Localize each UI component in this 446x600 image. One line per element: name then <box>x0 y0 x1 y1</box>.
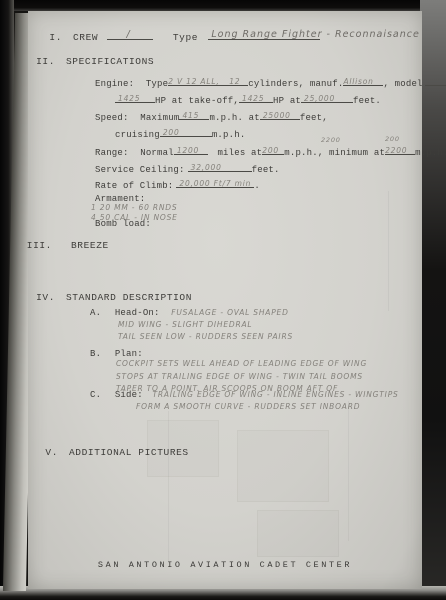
section-standard-description: IV.STANDARD DESCRIPTION <box>29 292 192 303</box>
engine-label: Engine: <box>95 79 134 89</box>
range-normal-blank: 1200 <box>174 145 208 155</box>
bomb-load-line: Bomb load: <box>95 219 151 229</box>
speed-label: Speed: <box>95 113 129 123</box>
engine-model-blank <box>425 76 446 86</box>
section-crew: I.CREW / Type Long Range Fighter - Recon… <box>36 30 320 43</box>
engine-cyl-blank: 12 <box>226 76 248 86</box>
bomb-load-label: Bomb load: <box>95 219 151 229</box>
range-correction-left: 2200 <box>321 136 341 144</box>
section-specifications: II.SPECIFICATIONS <box>29 56 154 67</box>
engine-type-value: 2 V 12 ALL, <box>168 77 219 86</box>
bleed-through-box <box>238 431 328 501</box>
speed-feet-label: feet, <box>300 113 328 123</box>
side-entry-2: FORM A SMOOTH CURVE - RUDDERS SET INBOAR… <box>136 402 360 411</box>
engine-type-blank: 2 V 12 ALL, <box>168 76 226 86</box>
hp-takeoff-label: HP at take-off, <box>155 96 239 106</box>
engine-line-2: 1425HP at take-off,1425HP at25,000feet. <box>115 93 381 106</box>
section-title: SPECIFICATIONS <box>66 56 154 67</box>
side-line: C. Side: TRAILING EDGE OF WING - INLINE … <box>90 390 399 400</box>
plan-letter: B. <box>90 349 101 359</box>
type-label: Type <box>173 32 198 43</box>
alt-blank: 25,000 <box>301 93 353 103</box>
rate-of-climb-value: 20,000 Ft/7 min <box>179 179 251 188</box>
section-additional-pictures: V.ADDITIONAL PICTURES <box>32 447 189 458</box>
rate-of-climb-period: . <box>254 181 260 191</box>
plan-entry-1: COCKPIT SETS WELL AHEAD OF LEADING EDGE … <box>116 359 367 368</box>
bleed-through-line <box>168 411 169 561</box>
head-on-entry-1: FUSALAGE - OVAL SHAPED <box>171 308 288 317</box>
range-miles-at-label: miles at <box>217 148 262 158</box>
range-speed-blank: 200 <box>262 145 284 155</box>
range-normal-label: Normal <box>140 148 174 158</box>
head-on-label: Head-On: <box>115 308 160 318</box>
plan-entry-2: STOPS AT TRAILING EDGE OF WING - TWIN TA… <box>116 372 363 381</box>
section-numeral: III. <box>26 240 52 251</box>
crew-blank: / <box>107 30 153 40</box>
engine-cyl-value: 12 <box>229 77 240 86</box>
engine-manuf-blank: Allison <box>343 76 383 86</box>
photo-edge-top <box>0 0 446 11</box>
hp-at-label: HP at <box>273 96 301 106</box>
bleed-through-line <box>388 191 389 311</box>
side-label: Side: <box>115 390 143 400</box>
speed-mph-at-label: m.p.h. at <box>209 113 259 123</box>
section-title: CREW <box>73 32 98 43</box>
bleed-through-box <box>258 511 338 556</box>
hp-alt-blank: 1425 <box>239 93 273 103</box>
speed-alt-value: 25000 <box>263 111 291 120</box>
type-blank: Long Range Fighter - Reconnaisance <box>208 30 320 40</box>
speed-max-label: Maximum <box>140 113 179 123</box>
bleed-through-line <box>348 401 349 541</box>
armament-entry-1: 1 20 MM - 60 RNDS <box>91 203 177 212</box>
side-entry-1: TRAILING EDGE OF WING - INLINE ENGINES -… <box>152 390 398 399</box>
cruising-value: 200 <box>163 128 180 137</box>
facility-name: SAN ANTONIO AVIATION CADET CENTER <box>28 560 422 570</box>
service-ceiling-value: 32,000 <box>191 163 222 172</box>
range-minimum-blank: 2200 <box>385 145 415 155</box>
type-value: Long Range Fighter - Reconnaisance <box>211 29 419 40</box>
cruising-label: cruising <box>115 130 160 140</box>
head-on-entry-2: MID WING - SLIGHT DIHEDRAL <box>118 320 252 329</box>
range-speed-value: 200 <box>262 146 279 155</box>
engine-type-label: Type <box>146 79 168 89</box>
hp-takeoff-value: 1425 <box>118 94 140 103</box>
section-numeral: II. <box>29 56 55 67</box>
head-on-letter: A. <box>90 308 101 318</box>
service-ceiling-line: Service Ceiling:32,000feet. <box>95 162 280 175</box>
rate-of-climb-blank: 20,000 Ft/7 min <box>176 178 254 188</box>
rate-of-climb-label: Rate of Climb: <box>95 181 173 191</box>
side-letter: C. <box>90 390 101 400</box>
speed-alt-blank: 25000 <box>260 110 300 120</box>
alt-value: 25,000 <box>304 94 335 103</box>
photographed-document: I.CREW / Type Long Range Fighter - Recon… <box>0 0 446 600</box>
section-title: STANDARD DESCRIPTION <box>66 292 192 303</box>
speed-line-2: cruising200m.p.h. <box>115 127 245 140</box>
engine-line-1: Engine: Type2 V 12 ALL,12cylinders, manu… <box>95 76 446 89</box>
feet-label: feet. <box>353 96 381 106</box>
engine-cyl-label: cylinders, manuf. <box>248 79 343 89</box>
range-mph-label: m.p.h. <box>415 148 446 158</box>
range-label: Range: <box>95 148 129 158</box>
engine-manuf-value: Allison <box>343 77 373 86</box>
section-title: ADDITIONAL PICTURES <box>69 447 189 458</box>
speed-max-value: 415 <box>182 111 199 120</box>
engine-model-label: , model <box>383 79 422 89</box>
section-breeze: III.BREEZE <box>26 240 109 251</box>
service-ceiling-feet-label: feet. <box>252 165 280 175</box>
range-correction-right: 200 <box>385 135 400 143</box>
cruising-mph-label: m.p.h. <box>212 130 246 140</box>
rate-of-climb-line: Rate of Climb:20,000 Ft/7 min. <box>95 178 260 191</box>
form-page: I.CREW / Type Long Range Fighter - Recon… <box>28 11 422 589</box>
range-normal-value: 1200 <box>177 146 199 155</box>
speed-max-blank: 415 <box>179 110 209 120</box>
plan-label: Plan: <box>115 349 143 359</box>
crew-value: / <box>127 29 131 40</box>
section-numeral: IV. <box>29 292 55 303</box>
range-line: 2200 200 Range: Normal1200 miles at200m.… <box>95 145 446 158</box>
range-minimum-value: 2200 <box>385 146 407 155</box>
cruising-blank: 200 <box>160 127 212 137</box>
hp-alt-value: 1425 <box>242 94 264 103</box>
service-ceiling-blank: 32,000 <box>188 162 252 172</box>
section-numeral: V. <box>32 447 58 458</box>
section-title: BREEZE <box>71 240 109 251</box>
speed-line-1: Speed: Maximum415m.p.h. at25000feet, <box>95 110 328 123</box>
hp-takeoff-blank: 1425 <box>115 93 155 103</box>
service-ceiling-label: Service Ceiling: <box>95 165 185 175</box>
head-on-line: A. Head-On: FUSALAGE - OVAL SHAPED <box>90 308 289 318</box>
plan-line: B. Plan: <box>90 349 143 359</box>
section-numeral: I. <box>36 32 62 43</box>
photo-edge-right <box>420 0 446 600</box>
range-minimum-label: m.p.h., minimum at <box>284 148 385 158</box>
head-on-entry-3: TAIL SEEN LOW - RUDDERS SEEN PAIRS <box>118 332 293 341</box>
